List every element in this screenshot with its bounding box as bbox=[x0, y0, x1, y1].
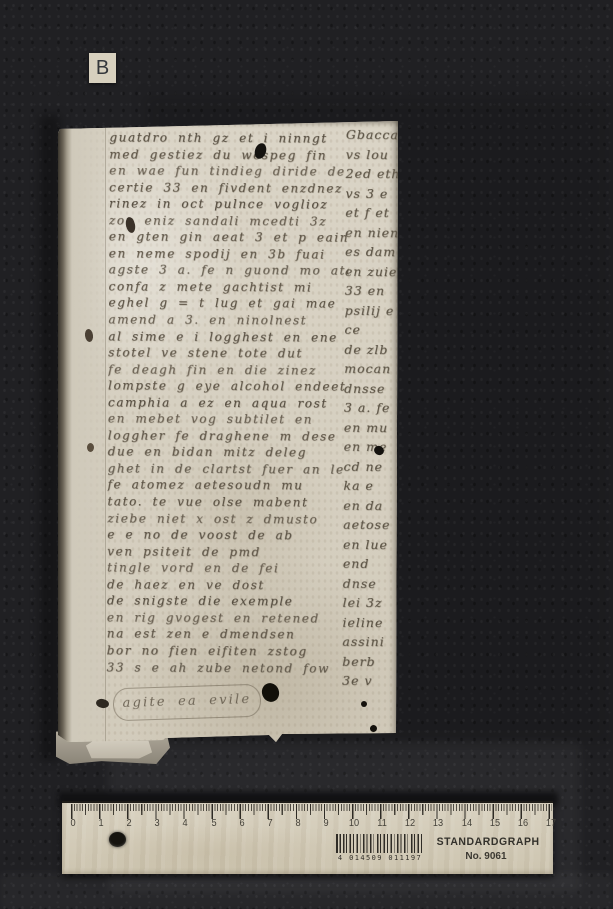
marginal-text-line: berb bbox=[342, 651, 396, 671]
binding-edge bbox=[58, 121, 112, 763]
marginal-text-line: ieline bbox=[342, 612, 396, 632]
ruler-number: 6 bbox=[229, 818, 255, 830]
manuscript-text-line: al sime e i logghest en ene bbox=[108, 328, 348, 346]
manuscript-text-line: amend a 3. en ninolnest bbox=[108, 311, 348, 329]
marginal-text-line: en zuie bbox=[345, 261, 399, 281]
marginal-text-line: 3e v bbox=[342, 671, 396, 691]
manuscript-text-line: stotel ve stene tote dut bbox=[108, 344, 348, 362]
main-text-block: guatdro nth gz et i ninngtmed gestiez du… bbox=[107, 129, 350, 676]
ruler-number: 16 bbox=[510, 818, 536, 830]
barcode: 4 014509 011197 bbox=[336, 834, 424, 862]
marginal-text-line: en mu bbox=[344, 417, 398, 437]
ruler-number: 3 bbox=[144, 818, 170, 830]
torn-paper-chip bbox=[86, 739, 152, 760]
manuscript-text-line: en gten gin aeat 3 et p eaind bbox=[109, 229, 349, 247]
manuscript-text-line: certie 33 en fivdent enzdnez bbox=[109, 179, 349, 197]
manuscript-text-line: camphia a ez en aqua rost bbox=[108, 394, 348, 412]
manuscript-text-line: zop eniz sandali mcedti 3z bbox=[109, 212, 349, 230]
manuscript-text-line: tato. te vue olse mabent bbox=[107, 493, 347, 511]
wormhole bbox=[361, 701, 367, 707]
ruler-number: 11 bbox=[369, 818, 395, 830]
marginal-text-line: psilij e bbox=[345, 300, 399, 320]
manuscript-text-line: med gestiez du wespeg fin bbox=[109, 146, 349, 164]
ruler-number: 4 bbox=[173, 818, 199, 830]
brand-name: STANDARDGRAPH bbox=[437, 836, 536, 848]
ruler-number: 14 bbox=[454, 818, 480, 830]
ruler-branding: STANDARDGRAPH No. 9061 bbox=[434, 836, 538, 862]
ruler-scale-numbers: 01234567891011121314151617 bbox=[59, 818, 565, 830]
marginal-text-line: end bbox=[343, 554, 397, 574]
manuscript-text-line: rinez in oct pulnce voglioz bbox=[109, 196, 349, 214]
manuscript-text-line: loggher fe draghene m dese bbox=[108, 427, 348, 445]
wormhole bbox=[369, 724, 378, 733]
boxed-annotation: agite ea evile bbox=[113, 684, 262, 722]
marginal-text-line: lei 3z bbox=[343, 593, 397, 613]
ruler-number: 15 bbox=[482, 818, 508, 830]
manuscript-text-line: de haez en ve dost bbox=[107, 576, 347, 594]
second-column-text-block: Gbaccarvs lou2ed ethvs 3 eet f eten nien… bbox=[342, 125, 400, 691]
ruler-hanging-hole bbox=[109, 832, 126, 847]
manuscript-text-line: e e no de voost de ab bbox=[107, 526, 347, 544]
ruler-number: 2 bbox=[116, 818, 142, 830]
marginal-text-line: en lue bbox=[343, 534, 397, 554]
marginal-text-line: 2ed eth bbox=[346, 164, 400, 184]
manuscript-text-line: en rig gvogest en retened bbox=[107, 609, 347, 627]
ruler-number: 0 bbox=[60, 818, 86, 830]
ruler-number: 8 bbox=[285, 818, 311, 830]
manuscript-text-line: en neme spodij en 3b fuai bbox=[109, 245, 349, 263]
manuscript-text-line: bor no fien eifiten zstog bbox=[107, 642, 347, 660]
marginal-text-line: cd ne bbox=[344, 456, 398, 476]
marginal-text-line: es dam bbox=[345, 242, 399, 262]
marginal-text-line: et f et bbox=[345, 203, 399, 223]
manuscript-text-line: en wae fun tindieg diride de bbox=[109, 162, 349, 180]
marginal-text-line: mocan bbox=[344, 359, 398, 379]
ink-mark bbox=[87, 443, 94, 452]
manuscript-text-line: de snigste die exemple bbox=[107, 593, 347, 611]
marginal-text-line: dnse bbox=[343, 573, 397, 593]
manuscript-text-line: agste 3 a. fe n guond mo atoz bbox=[109, 262, 349, 280]
model-number: No. 9061 bbox=[434, 851, 538, 862]
ruler-number: 7 bbox=[257, 818, 283, 830]
manuscript-text-line: lompste g eye alcohol endeet bbox=[108, 378, 348, 396]
marginal-text-line: Gbaccar bbox=[346, 125, 400, 145]
boxed-annotation-text: agite ea evile bbox=[114, 685, 261, 719]
manuscript-text-line: fe deagh fin en die zinez bbox=[108, 361, 348, 379]
ruler-number: 1 bbox=[88, 818, 114, 830]
manuscript-text-line: fe atomez aetesoudn mu bbox=[108, 477, 348, 495]
manuscript-text-line: na est zen e dmendsen bbox=[107, 626, 347, 644]
manuscript-text-line: en mebet vog subtilet en bbox=[108, 411, 348, 429]
marginal-text-line: en nien bbox=[345, 222, 399, 242]
ruler-number: 5 bbox=[201, 818, 227, 830]
marginal-text-line: dnsse bbox=[344, 378, 398, 398]
manuscript-page: guatdro nth gz et i ninngtmed gestiez du… bbox=[58, 121, 398, 763]
marginal-text-line: en me bbox=[344, 437, 398, 457]
ruler-number: 17 bbox=[538, 818, 564, 830]
marginal-text-line: de zlb bbox=[344, 339, 398, 359]
manuscript-text-line: tingle vord en de fei bbox=[107, 560, 347, 578]
marginal-text-line: aetose bbox=[343, 515, 397, 535]
ruler-centimeter-ticks bbox=[71, 804, 552, 819]
barcode-bars bbox=[336, 834, 424, 853]
barcode-digits: 4 014509 011197 bbox=[336, 854, 424, 862]
wormhole bbox=[259, 681, 281, 705]
ruler-number: 9 bbox=[313, 818, 339, 830]
manuscript-text-line: due en bidan mitz deleg bbox=[108, 444, 348, 462]
ruler-number: 10 bbox=[341, 818, 367, 830]
ruler-number: 13 bbox=[426, 818, 452, 830]
measuring-ruler: 01234567891011121314151617 4 014509 0111… bbox=[62, 801, 553, 874]
photograph-background: B guatdro nth gz et i ninngtmed gestiez … bbox=[0, 0, 613, 909]
manuscript-text-line: ziebe niet x ost z dmusto bbox=[107, 510, 347, 528]
manuscript-text-line: guatdro nth gz et i ninngt bbox=[109, 129, 349, 147]
ruler-number: 12 bbox=[397, 818, 423, 830]
manuscript-text-line: 33 s e ah zube netond fow bbox=[107, 659, 347, 677]
sequence-label: B bbox=[89, 53, 116, 83]
marginal-text-line: ce bbox=[344, 320, 398, 340]
marginal-text-line: 33 en bbox=[345, 281, 399, 301]
manuscript-text-line: ghet in de clartst fuer an le bbox=[108, 460, 348, 478]
marginal-text-line: vs lou bbox=[346, 144, 400, 164]
marginal-text-line: assini bbox=[342, 632, 396, 652]
book-edge-shadow bbox=[40, 115, 60, 760]
manuscript-text-line: eghel g = t lug et gai mae bbox=[108, 295, 348, 313]
manuscript-text-line: ven psiteit de pmd bbox=[107, 543, 347, 561]
marginal-text-line: vs 3 e bbox=[345, 183, 399, 203]
marginal-text-line: en da bbox=[343, 495, 397, 515]
marginal-text-line: 3 a. fe bbox=[344, 398, 398, 418]
manuscript-text-line: confa z mete gachtist mi bbox=[109, 278, 349, 296]
marginal-text-line: ka e bbox=[343, 476, 397, 496]
felt-layer-bottom bbox=[0, 873, 613, 909]
